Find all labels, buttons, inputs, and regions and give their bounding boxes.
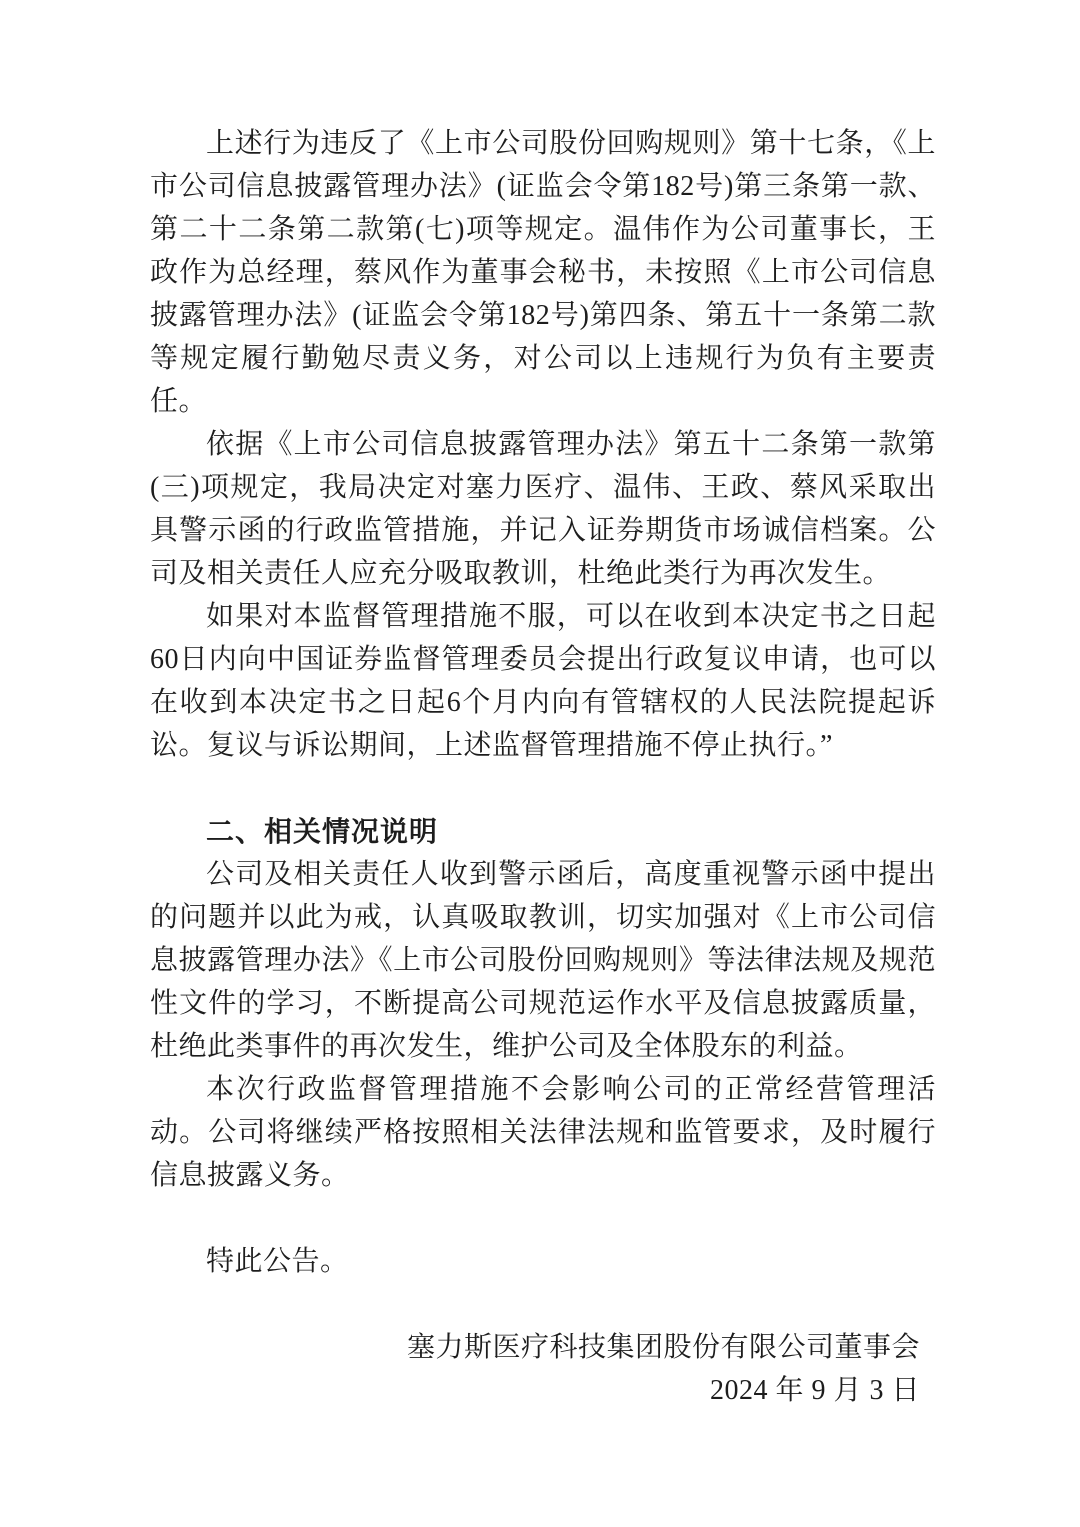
spacer (150, 1197, 936, 1240)
announcement-page: 上述行为违反了《上市公司股份回购规则》第十七条，《上市公司信息披露管理办法》(证… (0, 0, 1080, 1527)
paragraph-appeal-rights: 如果对本监督管理措施不服，可以在收到本决定书之日起60日内向中国证券监督管理委员… (150, 595, 936, 767)
paragraph-company-response: 公司及相关责任人收到警示函后，高度重视警示函中提出的问题并以此为戒，认真吸取教训… (150, 853, 936, 1068)
document-body: 上述行为违反了《上市公司股份回购规则》第十七条，《上市公司信息披露管理办法》(证… (150, 122, 936, 1412)
paragraph-regulatory-measures: 依据《上市公司信息披露管理办法》第五十二条第一款第(三)项规定，我局决定对塞力医… (150, 423, 936, 595)
paragraph-violation-findings: 上述行为违反了《上市公司股份回购规则》第十七条，《上市公司信息披露管理办法》(证… (150, 122, 936, 423)
paragraph-business-impact: 本次行政监督管理措施不会影响公司的正常经营管理活动。公司将继续严格按照相关法律法… (150, 1068, 936, 1197)
spacer (150, 1283, 936, 1326)
closing-statement: 特此公告。 (150, 1240, 936, 1283)
signature-date: 2024 年 9 月 3 日 (150, 1369, 936, 1412)
signature-company: 塞力斯医疗科技集团股份有限公司董事会 (150, 1326, 936, 1369)
section-heading-related-explanation: 二、相关情况说明 (150, 810, 936, 853)
spacer (150, 767, 936, 810)
